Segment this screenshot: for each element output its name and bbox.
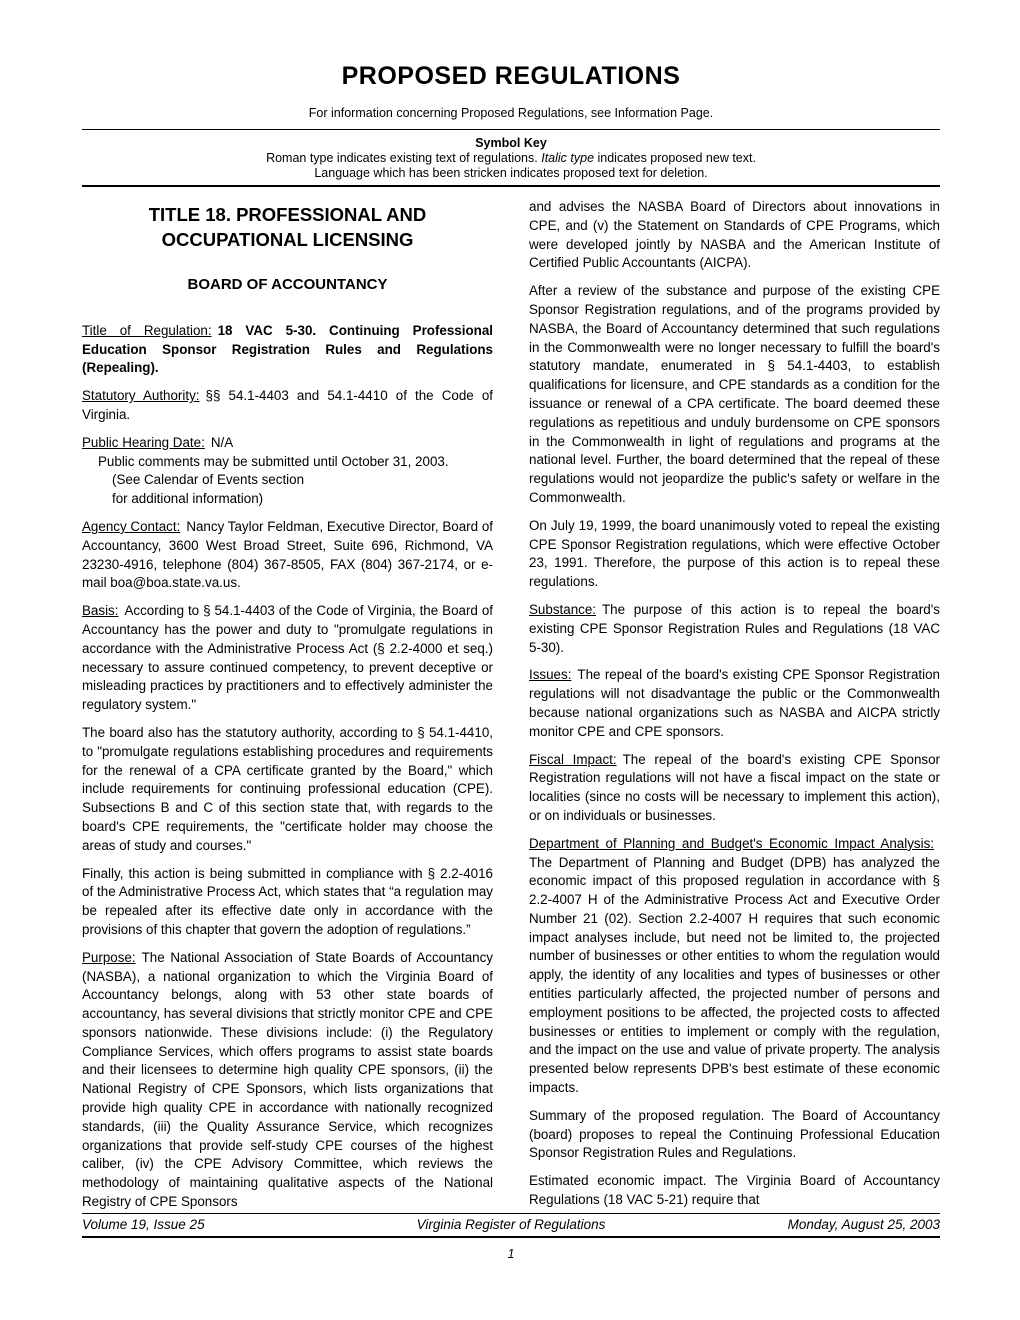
two-column-body: TITLE 18. PROFESSIONAL AND OCCUPATIONAL … (82, 198, 940, 1221)
footer-row: Volume 19, Issue 25 Virginia Register of… (82, 1214, 940, 1236)
symbol-key-italic-text: Italic type (541, 151, 594, 165)
para-advises: and advises the NASBA Board of Directors… (529, 198, 940, 273)
statutory-authority-label: Statutory Authority: (82, 388, 206, 403)
issues-text: The repeal of the board's existing CPE S… (529, 667, 940, 738)
purpose-text: The National Association of State Boards… (82, 950, 493, 1209)
fiscal-impact-label: Fiscal Impact: (529, 752, 623, 767)
public-hearing-label: Public Hearing Date: (82, 435, 211, 450)
footer-bottom-rule (82, 1236, 940, 1238)
para-fiscal-impact: Fiscal Impact:The repeal of the board's … (529, 751, 940, 826)
para-public-hearing: Public Hearing Date:N/A Public comments … (82, 434, 493, 509)
para-dpb-analysis: Department of Planning and Budget's Econ… (529, 835, 940, 1098)
document-page: PROPOSED REGULATIONS For information con… (0, 0, 1020, 1320)
symbol-key-heading: Symbol Key (82, 136, 940, 151)
para-vote: On July 19, 1999, the board unanimously … (529, 517, 940, 592)
left-column: TITLE 18. PROFESSIONAL AND OCCUPATIONAL … (82, 198, 493, 1221)
para-statutory-authority: Statutory Authority:§§ 54.1-4403 and 54.… (82, 387, 493, 425)
para-summary: Summary of the proposed regulation. The … (529, 1107, 940, 1163)
para-estimated-impact: Estimated economic impact. The Virginia … (529, 1172, 940, 1210)
document-title: PROPOSED REGULATIONS (82, 0, 940, 91)
page-content: PROPOSED REGULATIONS For information con… (82, 0, 940, 1221)
dpb-analysis-text: The Department of Planning and Budget (D… (529, 855, 940, 1096)
footer-publication: Virginia Register of Regulations (350, 1217, 672, 1232)
para-review: After a review of the substance and purp… (529, 282, 940, 508)
agency-contact-label: Agency Contact: (82, 519, 186, 534)
header-divider-rule (82, 129, 940, 130)
symbol-key: Symbol Key Roman type indicates existing… (82, 136, 940, 181)
right-column: and advises the NASBA Board of Directors… (529, 198, 940, 1221)
public-comments-line: Public comments may be submitted until O… (82, 453, 493, 472)
document-subtitle: For information concerning Proposed Regu… (82, 106, 940, 120)
para-agency-contact: Agency Contact:Nancy Taylor Feldman, Exe… (82, 518, 493, 593)
see-calendar-line1: (See Calendar of Events section (82, 471, 493, 490)
title-heading: TITLE 18. PROFESSIONAL AND OCCUPATIONAL … (82, 202, 493, 252)
issues-label: Issues: (529, 667, 577, 682)
symbol-key-line1: Roman type indicates existing text of re… (82, 151, 940, 166)
purpose-label: Purpose: (82, 950, 142, 965)
public-hearing-line: Public Hearing Date:N/A (82, 434, 493, 453)
page-footer: Volume 19, Issue 25 Virginia Register of… (82, 1213, 940, 1261)
symbol-key-roman-text: Roman type indicates existing text of re… (266, 151, 541, 165)
para-issues: Issues:The repeal of the board's existin… (529, 666, 940, 741)
symbol-key-line2: Language which has been stricken indicat… (82, 166, 940, 181)
see-calendar-line2: for additional information) (82, 490, 493, 509)
footer-volume: Volume 19, Issue 25 (82, 1217, 350, 1232)
para-finally: Finally, this action is being submitted … (82, 865, 493, 940)
para-purpose: Purpose:The National Association of Stat… (82, 949, 493, 1212)
basis-text: According to § 54.1-4403 of the Code of … (82, 603, 493, 712)
para-substance: Substance:The purpose of this action is … (529, 601, 940, 657)
public-hearing-value: N/A (211, 435, 233, 450)
dpb-analysis-label: Department of Planning and Budget's Econ… (529, 836, 940, 851)
title-of-regulation-label: Title of Regulation: (82, 323, 218, 338)
para-basis: Basis:According to § 54.1-4403 of the Co… (82, 602, 493, 715)
para-title-of-regulation: Title of Regulation:18 VAC 5-30. Continu… (82, 322, 493, 378)
symbol-key-new-text-suffix: indicates proposed new text. (594, 151, 756, 165)
substance-label: Substance: (529, 602, 602, 617)
para-board-authority: The board also has the statutory authori… (82, 724, 493, 856)
board-heading: BOARD OF ACCOUNTANCY (82, 276, 493, 295)
symbol-key-bottom-rule (82, 185, 940, 187)
footer-date: Monday, August 25, 2003 (672, 1217, 940, 1232)
page-number: 1 (82, 1247, 940, 1261)
basis-label: Basis: (82, 603, 124, 618)
